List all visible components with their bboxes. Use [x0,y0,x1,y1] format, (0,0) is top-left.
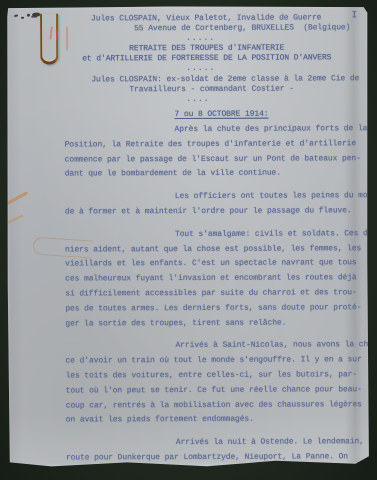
document-line: Arrivés à Saint-Nicolas, nous avons la c… [175,339,365,355]
document-text: Jules CLOSPAIN, Vieux Paletot, Invalide … [64,13,366,466]
document-line: Arrivés la nuit à Ostende. Le lendemain,… [176,435,366,451]
document-line: vieillards et les enfants. C'est un spec… [65,257,365,273]
ink-smudge-icon [21,17,24,19]
document-line: pes de toutes armes. Les derniers forts,… [65,301,365,317]
document-line: les toits des voitures, entre celles-ci,… [66,368,366,384]
document-line: niers aident, autant que la chose est po… [65,242,365,258]
document-line: coup car, rentrés à la mobilisation avec… [66,398,366,414]
document-line: Tout s'amalgame: civils et soldats. Ces … [175,227,365,243]
document-line: ce d'avoir un train où tout le monde s'e… [66,353,366,369]
document-line: tout où l'on peut se tenir. Ce fut une r… [66,383,366,399]
document-line: Les officiers ont toutes les peines du m… [175,189,365,205]
document-line: ..... [186,63,364,74]
document-line: commence par le passage de l'Escaut sur … [65,152,365,168]
document-page: I Jules CLOSPAIN, Vieux Paletot, Invalid… [6,5,370,471]
document-line: on avait les pieds fortement endommagés. [66,413,366,429]
document-line: de à former et à maintenir l'ordre pour … [65,204,365,220]
document-line: Position, la Retraite des troupes d'infa… [65,137,365,153]
ink-smudge-icon [14,14,18,17]
document-line: et d'ARTILLERIE DE FORTERESSE DE LA POSI… [82,53,364,64]
document-line: ger la sortie des troupes, tirent sans r… [65,316,365,332]
document-line: Après la chute des principaux forts de l… [174,122,364,138]
rust-stain [6,191,28,205]
rust-stain [4,215,23,225]
document-line: ces malheureux fuyant l'invasion et enco… [65,271,365,287]
document-line: 55 Avenue de Cortenberg, BRUXELLES (Belg… [134,23,364,34]
document-line: dant que le bombardement de la ville con… [65,167,365,183]
document-line: si difficilement accessibles par suite d… [65,286,365,302]
document-line: route pour Dunkerque par Lombartzyde, Ni… [66,450,366,466]
ink-smudge-icon [32,13,40,17]
document-photo: I Jules CLOSPAIN, Vieux Paletot, Invalid… [0,0,377,480]
document-line: .... [186,94,364,105]
ink-smudge-icon [27,14,30,17]
document-line: 7 ou 8 OCTOBRE 1914: [174,107,364,123]
